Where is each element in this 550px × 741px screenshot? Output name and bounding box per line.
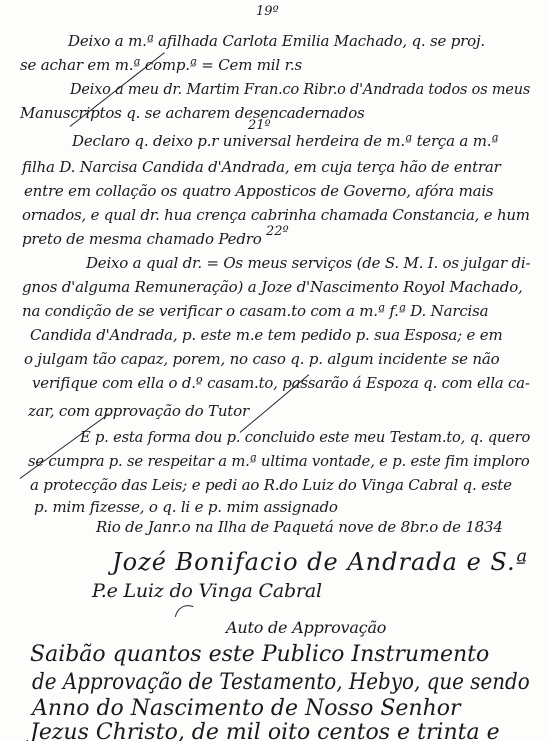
manuscript-line: Deixo a m.ª afilhada Carlota Emilia Mach… [68,34,485,49]
manuscript-line: E p. esta forma dou p. concluido este me… [80,430,530,445]
manuscript-line: de Approvação de Testamento, Hebyo, que … [32,672,530,694]
manuscript-line: Deixo a qual dr. = Os meus serviços (de … [86,256,530,271]
manuscript-line: Deixo a meu dr. Martim Fran.co Ribr.o d'… [70,82,530,97]
witness-signature: P.e Luiz do Vinga Cabral [92,582,322,601]
manuscript-line: Saibão quantos este Publico Instrumento [30,644,489,666]
manuscript-line: Manuscriptos q. se acharem desencadernad… [20,106,365,121]
manuscript-line: se cumpra p. se respeitar a m.ª ultima v… [28,454,530,469]
page-number: 19º [256,4,279,19]
manuscript-line: a protecção das Leis; e pedi ao R.do Lui… [30,478,512,493]
clause-number: 21º [248,118,271,133]
manuscript-line: Anno do Nascimento de Nosso Senhor [32,698,461,720]
manuscript-line: ornados, e qual dr. hua crença cabrinha … [22,208,530,223]
manuscript-line: Candida d'Andrada, p. este m.e tem pedid… [30,328,503,343]
dateline: Rio de Janr.o na Ilha de Paquetá nove de… [96,520,503,535]
manuscript-line: filha D. Narcisa Candida d'Andrada, em c… [22,160,501,175]
manuscript-line: zar, com approvação do Tutor [28,404,249,419]
signature: Jozé Bonifacio de Andrada e S.ª [112,550,528,574]
section-heading: Auto de Approvação [226,620,386,636]
manuscript-line: preto de mesma chamado Pedro [22,232,262,247]
manuscript-line: o julgam tão capaz, porem, no caso q. p.… [24,352,499,367]
manuscript-line: Declaro q. deixo p.r universal herdeira … [72,134,498,149]
manuscript-line: gnos d'alguma Remuneração) a Joze d'Nasc… [22,280,523,295]
manuscript-line: se achar em m.ª comp.ª = Cem mil r.s [20,58,302,73]
manuscript-line: Jezus Christo, de mil oito centos e trin… [30,722,500,741]
manuscript-line: entre em collação os quatro Apposticos d… [24,184,493,199]
clause-number: 22º [266,224,289,239]
manuscript-line: na condição de se verificar o casam.to c… [22,304,488,319]
manuscript-page: 19º Deixo a m.ª afilhada Carlota Emilia … [0,0,550,741]
manuscript-line: p. mim fizesse, o q. li e p. mim assigna… [34,500,338,515]
manuscript-line: verifique com ella o d.º casam.to, passa… [32,376,530,391]
